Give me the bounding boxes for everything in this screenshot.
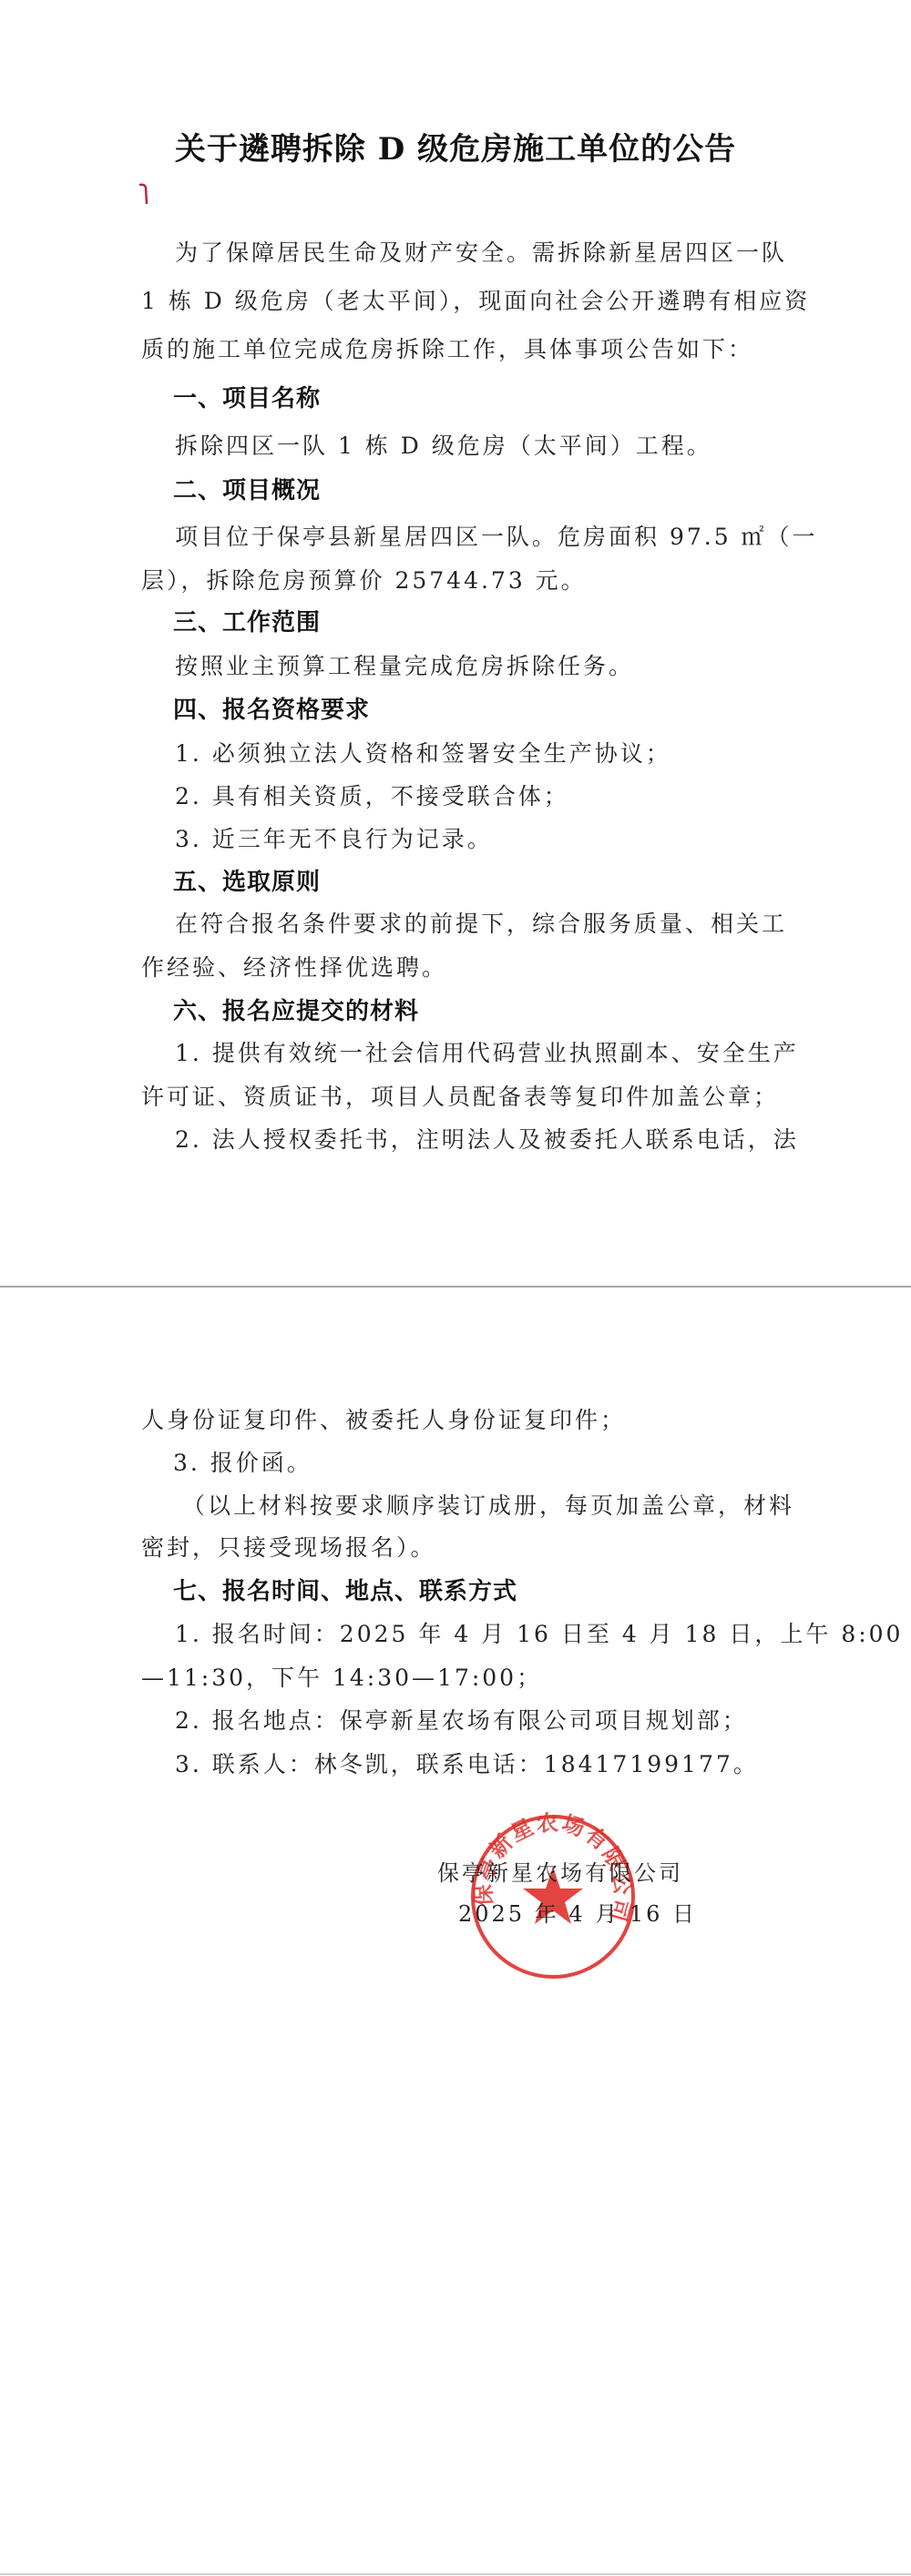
section-1-heading: 一、项目名称: [173, 380, 321, 413]
signature-company: 保亭新星农场有限公司: [437, 1855, 683, 1887]
continued-line-4: 密封，只接受现场报名）。: [141, 1530, 436, 1563]
section-3-line-1: 按照业主预算工程量完成危房拆除任务。: [175, 648, 634, 681]
section-7-line-3: 2. 报名地点：保亭新星农场有限公司项目规划部；: [175, 1703, 748, 1736]
section-6-line-3: 2. 法人授权委托书，注明法人及被委托人联系电话，法: [175, 1122, 799, 1155]
section-4-heading: 四、报名资格要求: [173, 691, 370, 725]
section-5-heading: 五、选取原则: [173, 863, 321, 897]
section-7-heading: 七、报名时间、地点、联系方式: [173, 1573, 517, 1606]
section-6-heading: 六、报名应提交的材料: [173, 993, 419, 1026]
section-2-heading: 二、项目概况: [173, 472, 321, 505]
section-4-line-1: 1. 必须独立法人资格和签署安全生产协议；: [175, 736, 671, 769]
section-4-line-2: 2. 具有相关资质，不接受联合体；: [175, 779, 569, 811]
section-1-line-1: 拆除四区一队 1 栋 D 级危房（太平间）工程。: [175, 428, 712, 461]
signature-date: 2025 年 4 月 16 日: [458, 1896, 697, 1928]
section-2-line-2: 层），拆除危房预算价 25744.73 元。: [141, 563, 587, 596]
document-title: 关于遴聘拆除 D 级危房施工单位的公告: [0, 124, 911, 168]
page-bottom-border: [0, 2573, 911, 2575]
intro-line-3: 质的施工单位完成危房拆除工作，具体事项公告如下：: [141, 331, 753, 364]
section-7-line-1: 1. 报名时间：2025 年 4 月 16 日至 4 月 18 日，上午 8:0…: [175, 1616, 903, 1649]
intro-line-1: 为了保障居民生命及财产安全。需拆除新星居四区一队: [175, 235, 787, 268]
section-2-line-1: 项目位于保亭县新星居四区一队。危房面积 97.5 ㎡（一: [175, 519, 818, 552]
section-6-line-2: 许可证、资质证书，项目人员配备表等复印件加盖公章；: [141, 1079, 779, 1112]
red-ink-mark-icon: [137, 182, 149, 209]
intro-line-2: 1 栋 D 级危房（老太平间），现面向社会公开遴聘有相应资: [141, 283, 810, 316]
section-5-line-1: 在符合报名条件要求的前提下，综合服务质量、相关工: [175, 906, 787, 939]
continued-line-3: （以上材料按要求顺序装订成册，每页加盖公章，材料: [182, 1488, 794, 1521]
section-5-line-2: 作经验、经济性择优选聘。: [141, 950, 447, 983]
continued-line-1: 人身份证复印件、被委托人身份证复印件；: [141, 1402, 626, 1435]
section-4-line-3: 3. 近三年无不良行为记录。: [175, 821, 493, 854]
continued-line-2: 3. 报价函。: [173, 1445, 312, 1478]
section-3-heading: 三、工作范围: [173, 604, 321, 637]
section-7-line-4: 3. 联系人：林冬凯，联系电话：18417199177。: [175, 1746, 759, 1779]
document-page-2: [0, 1288, 911, 2576]
section-6-line-1: 1. 提供有效统一社会信用代码营业执照副本、安全生产: [175, 1035, 799, 1068]
section-7-line-2: —11:30，下午 14:30—17:00；: [141, 1660, 542, 1693]
